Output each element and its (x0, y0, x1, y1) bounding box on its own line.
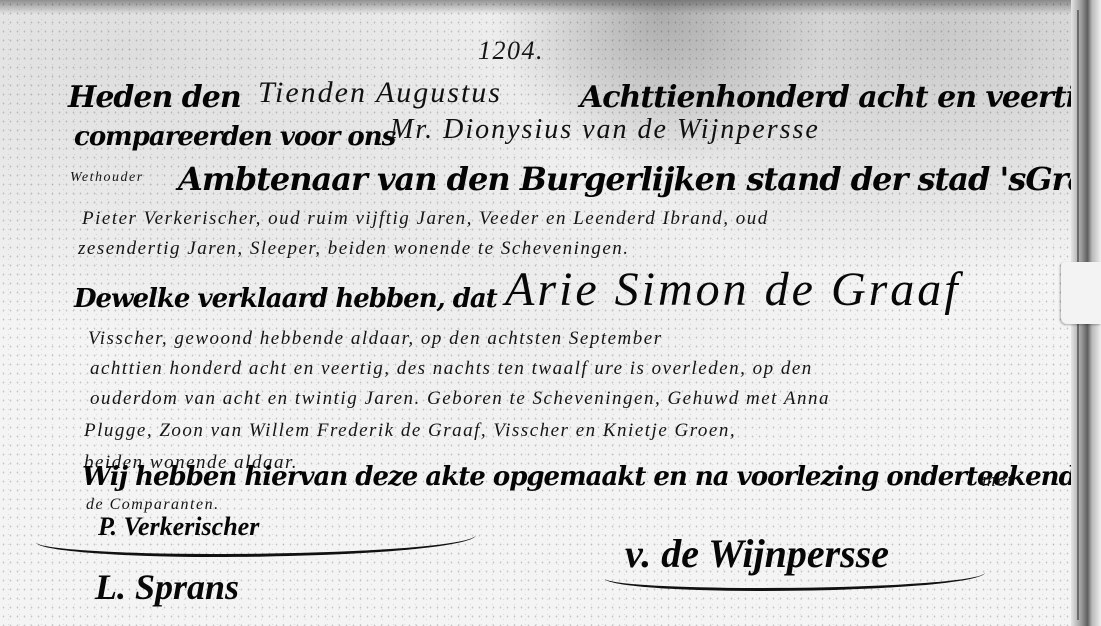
scanned-document-page: 1204. Heden den Tienden Augustus Achttie… (0, 0, 1101, 626)
signature-flourish-2 (605, 560, 985, 591)
scan-shadow (0, 0, 1101, 14)
record-number: 1204. (478, 36, 544, 66)
handwritten-occupation-line: Visscher, gewoond hebbende aldaar, op de… (88, 328, 663, 350)
printed-heden-den: Heden den (68, 80, 241, 115)
printed-year: Achttienhonderd acht en veertig (580, 80, 1096, 115)
printed-ambtenaar: Ambtenaar van den Burgerlijken stand der… (178, 160, 1101, 198)
handwritten-witness-2-line: zesendertig Jaren, Sleeper, beiden wonen… (78, 238, 630, 260)
printed-compareerden: compareerden voor ons (74, 122, 395, 152)
handwritten-date-of-death-line: achttien honderd acht en veertig, des na… (90, 358, 813, 380)
signature-witness-2: L. Sprans (95, 566, 239, 608)
handwritten-age-birth-line: ouderdom van acht en twintig Jaren. Gebo… (90, 388, 830, 410)
handwritten-official-name: Mr. Dionysius van de Wijnpersse (390, 114, 820, 146)
printed-dewelke: Dewelke verklaard hebben, dat (74, 284, 497, 314)
printed-closing: Wij hebben hiervan deze akte opgemaakt e… (82, 462, 1076, 492)
signature-flourish-1 (36, 520, 476, 557)
handwritten-met: met (982, 470, 1014, 492)
handwritten-wethouder: Wethouder (70, 170, 144, 186)
handwritten-parents-line: Plugge, Zoon van Willem Frederik de Graa… (84, 420, 736, 442)
paper-tab (1061, 262, 1101, 324)
handwritten-witness-1-line: Pieter Verkerischer, oud ruim vijftig Ja… (82, 208, 769, 230)
handwritten-date: Tienden Augustus (258, 76, 502, 110)
handwritten-deceased-name: Arie Simon de Graaf (505, 262, 961, 317)
